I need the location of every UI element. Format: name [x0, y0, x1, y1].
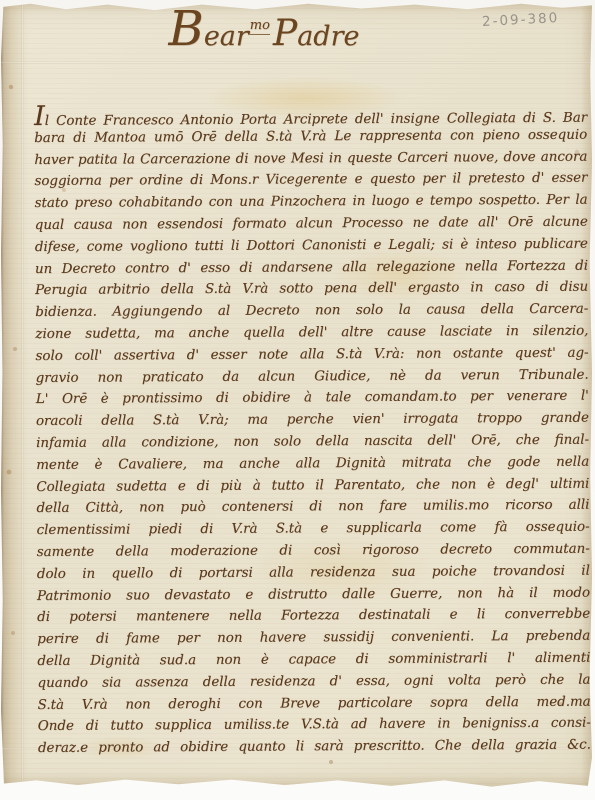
salutation-abbreviation-superscript: mo: [250, 18, 270, 35]
foxing-spots: [1, 3, 3, 5]
manuscript-line: quando sia assenza della residenza d' es…: [37, 669, 590, 694]
salutation-word: Bear: [169, 9, 249, 52]
salutation-word: Padre: [273, 13, 360, 54]
manuscript-line: Il Conte Francesco Antonio Porta Arcipre…: [34, 103, 587, 128]
manuscript-line: infamia alla condizione, non solo della …: [36, 430, 589, 455]
horizontal-fold-crease: [1, 61, 592, 64]
manuscript-line: zione sudetta, ma anche quella dell' alt…: [35, 321, 588, 346]
manuscript-line: dolo in quello di portarsi alla residenz…: [37, 560, 590, 585]
manuscript-page: 2-09-380 BearmoPadre Il Conte Francesco …: [1, 3, 592, 789]
manuscript-line: della Dignità sud.a non è capace di somm…: [37, 648, 590, 673]
manuscript-line: qual causa non essendosi formato alcun P…: [35, 212, 588, 237]
salutation-heading: BearmoPadre: [149, 9, 379, 54]
manuscript-scan: 2-09-380 BearmoPadre Il Conte Francesco …: [0, 0, 595, 800]
manuscript-line: difese, come vogliono tutti li Dottori C…: [35, 233, 588, 258]
letter-body: Il Conte Francesco Antonio Porta Arcipre…: [34, 103, 591, 760]
vertical-fold-crease: [21, 3, 24, 789]
manuscript-line: solo coll' assertiva d' esser note alla …: [35, 342, 588, 367]
manuscript-line: mente è Cavaliere, ma anche alla Dignità…: [36, 451, 589, 476]
manuscript-line: bara di Mantoa umō Orē della S.tà V.rà L…: [34, 124, 587, 149]
archive-number-stamp: 2-09-380: [482, 10, 560, 30]
manuscript-line: deraz.e pronto ad obidire quanto li sarà…: [38, 735, 591, 760]
manuscript-line: samente della moderazione di così rigoro…: [37, 539, 590, 564]
